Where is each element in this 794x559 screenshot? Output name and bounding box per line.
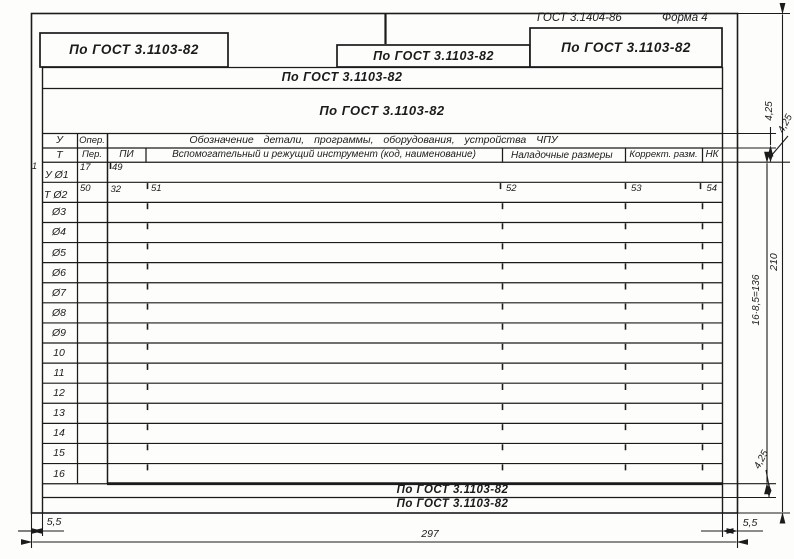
header-col-t: Т bbox=[42, 148, 77, 162]
dim-header-row1-height: 4,25 bbox=[765, 101, 775, 120]
header-col-correct-sizes: Коррект. разм. bbox=[625, 148, 702, 162]
row-u-value-49: 49 bbox=[112, 163, 123, 173]
row-t-value-52: 52 bbox=[506, 184, 517, 194]
row-number: Ø8 bbox=[42, 304, 76, 321]
row-t-value-53: 53 bbox=[631, 184, 642, 194]
row-t-value-32: 32 bbox=[111, 185, 122, 195]
row-number: 10 bbox=[42, 345, 76, 362]
row-t-value-50: 50 bbox=[80, 184, 91, 194]
row-u-label: У Ø1 bbox=[45, 170, 69, 181]
stamp-top-center: По ГОСТ 3.1103-82 bbox=[337, 45, 530, 67]
stamp-band-2: По ГОСТ 3.1103-82 bbox=[42, 88, 722, 133]
dim-rows-total: 16·8,5=136 bbox=[752, 275, 762, 326]
header-col-nk: НК bbox=[702, 148, 722, 162]
stamp-band-1: По ГОСТ 3.1103-82 bbox=[42, 67, 642, 88]
row-number: Ø6 bbox=[42, 264, 76, 281]
header-col-oper: Опер. bbox=[77, 133, 107, 148]
row-u-corner-index: 1 bbox=[32, 162, 37, 171]
row-number: Ø3 bbox=[42, 204, 76, 221]
header-col-designation: Обозначение детали, программы, оборудова… bbox=[107, 133, 640, 148]
stamp-top-right: По ГОСТ 3.1103-82 bbox=[530, 28, 722, 67]
stamp-top-left: По ГОСТ 3.1103-82 bbox=[40, 33, 228, 67]
row-u-value-17: 17 bbox=[80, 163, 91, 173]
row-number: 15 bbox=[42, 445, 76, 462]
row-number: Ø5 bbox=[42, 244, 76, 261]
header-col-per: Пер. bbox=[77, 148, 107, 162]
dim-right-margin: 5,5 bbox=[743, 518, 758, 529]
row-t-label: Т Ø2 bbox=[44, 190, 67, 201]
row-number: Ø7 bbox=[42, 284, 76, 301]
header-col-setup-sizes: Наладочные размеры bbox=[511, 151, 613, 161]
dim-sheet-height: 210 bbox=[769, 253, 780, 271]
stamp-bottom-2: По ГОСТ 3.1103-82 bbox=[180, 498, 725, 513]
row-t-value-54: 54 bbox=[707, 184, 718, 194]
row-number: Ø4 bbox=[42, 224, 76, 241]
row-number: 14 bbox=[42, 425, 76, 442]
header-col-pi: ПИ bbox=[107, 148, 146, 162]
form-number-label: Форма 4 bbox=[662, 13, 708, 25]
row-t-value-51: 51 bbox=[151, 184, 162, 194]
stamp-bottom-1: По ГОСТ 3.1103-82 bbox=[180, 484, 725, 498]
dim-sheet-width: 297 bbox=[421, 529, 439, 540]
row-number: Ø9 bbox=[42, 324, 76, 341]
header-col-u: У bbox=[42, 133, 77, 148]
dim-left-margin: 5,5 bbox=[47, 517, 62, 528]
standard-label: ГОСТ 3.1404-86 bbox=[537, 13, 622, 25]
row-number: 16 bbox=[42, 465, 76, 482]
row-number: 13 bbox=[42, 405, 76, 422]
gost-form-sheet: ГОСТ 3.1404-86 Форма 4 По ГОСТ 3.1103-82… bbox=[0, 0, 794, 559]
row-number: 11 bbox=[42, 365, 76, 382]
header-col-tools: Вспомогательный и режущий инструмент (ко… bbox=[146, 148, 502, 162]
row-number: 12 bbox=[42, 385, 76, 402]
